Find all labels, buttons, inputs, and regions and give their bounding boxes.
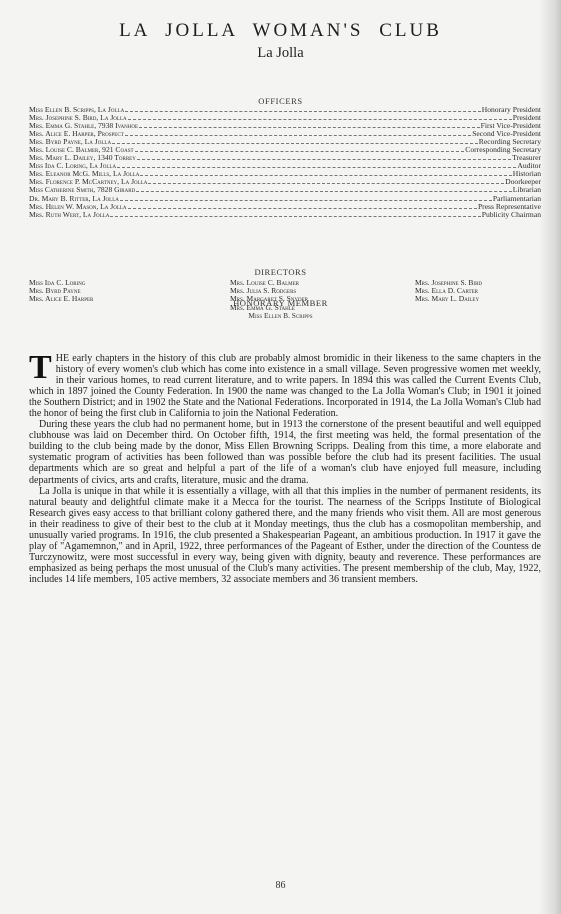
club-history-text: THE early chapters in the history of thi… — [29, 353, 541, 585]
leader-dots — [135, 151, 465, 152]
leader-dots — [128, 119, 512, 120]
officer-name: Mrs. Ruth Wert, La Jolla — [29, 211, 109, 219]
paragraph-3: La Jolla is unique in that while it is e… — [29, 486, 541, 585]
leader-dots — [125, 135, 471, 136]
page-subtitle: La Jolla — [0, 45, 561, 62]
leader-dots — [117, 167, 516, 168]
leader-dots — [110, 216, 480, 217]
page-edge-shadow — [539, 0, 561, 914]
leader-dots — [112, 143, 478, 144]
leader-dots — [139, 127, 480, 128]
leader-dots — [148, 183, 504, 184]
page-number: 86 — [0, 880, 561, 891]
paragraph-2: During these years the club had no perma… — [29, 419, 541, 485]
directors-heading: DIRECTORS — [0, 267, 561, 277]
leader-dots — [137, 159, 511, 160]
paragraph-1: THE early chapters in the history of thi… — [29, 353, 541, 419]
honorary-member-heading: HONORARY MEMBER — [0, 298, 561, 308]
officers-list: Miss Ellen B. Scripps, La JollaHonorary … — [29, 106, 541, 219]
leader-dots — [120, 200, 492, 201]
honorary-member-name: Miss Ellen B. Scripps — [0, 311, 561, 320]
officer-row: Mrs. Ruth Wert, La JollaPublicity Chairm… — [29, 211, 541, 219]
drop-cap: T — [29, 354, 52, 382]
leader-dots — [140, 175, 511, 176]
paragraph-1-text: HE early chapters in the history of this… — [29, 353, 541, 419]
officer-title: Publicity Chairman — [482, 211, 541, 219]
leader-dots — [128, 208, 477, 209]
leader-dots — [136, 191, 512, 192]
leader-dots — [125, 111, 481, 112]
page-title: LA JOLLA WOMAN'S CLUB — [0, 20, 561, 42]
